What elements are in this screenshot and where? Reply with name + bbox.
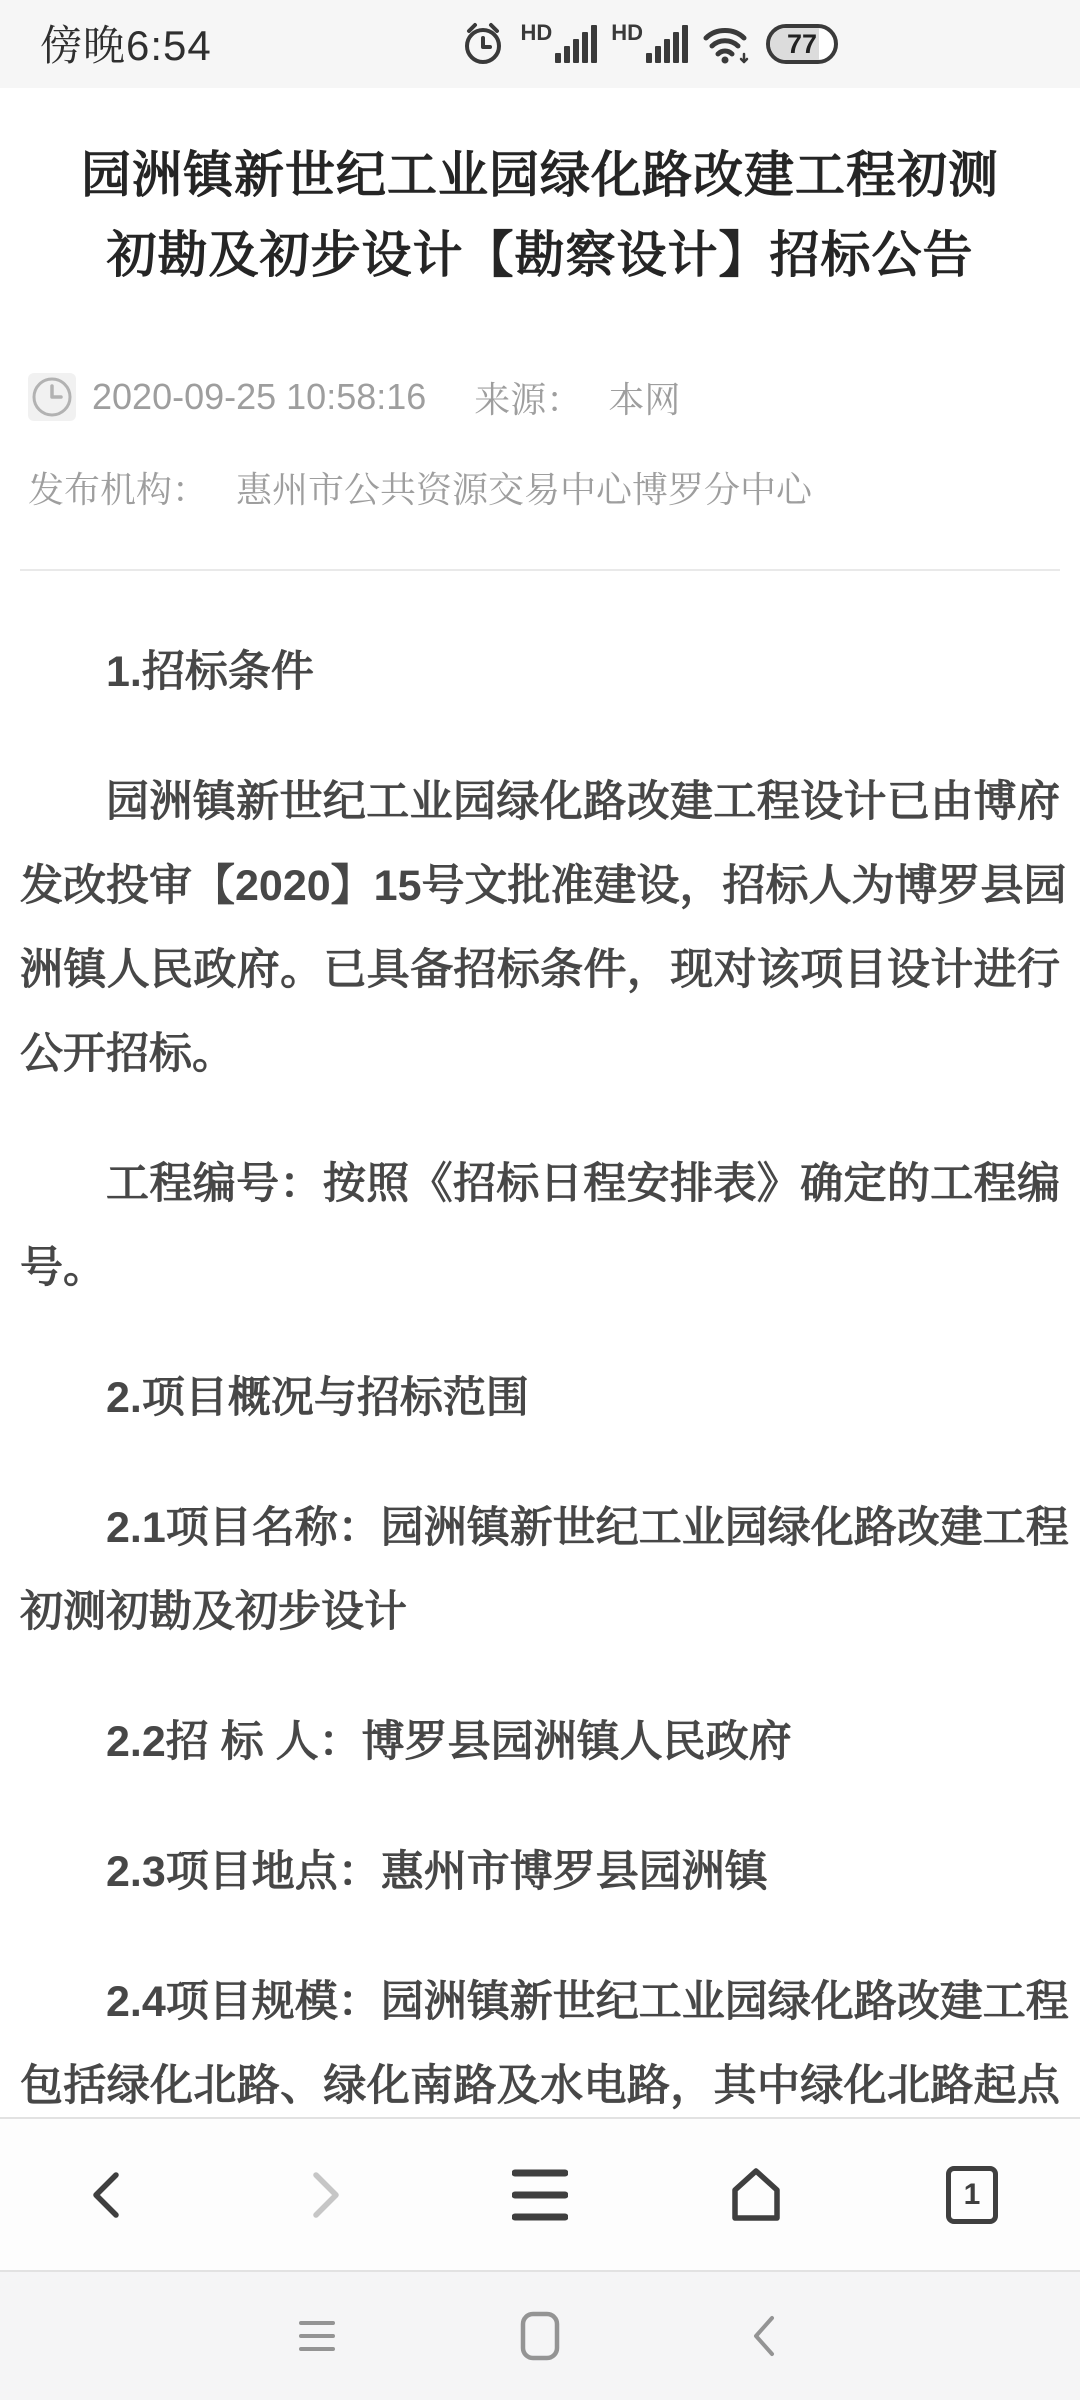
back-button[interactable]: [0, 2119, 216, 2270]
article-body: 1.招标条件园洲镇新世纪工业园绿化路改建工程设计已由博府发改投审【2020】15…: [0, 571, 1080, 2117]
menu-icon: [512, 2167, 568, 2223]
tab-count: 1: [964, 2180, 981, 2210]
publish-datetime: 2020-09-25 10:58:16: [92, 376, 426, 418]
back-icon: [80, 2167, 136, 2223]
article-line: 2.2招 标 人：博罗县园洲镇人民政府: [20, 1700, 1060, 1784]
android-navbar: [0, 2270, 1080, 2400]
page-title: 初勘及初步设计【勘察设计】招标公告: [0, 215, 1080, 295]
wifi-icon: [702, 22, 752, 66]
page-title: 园洲镇新世纪工业园绿化路改建工程初测: [0, 135, 1080, 215]
hd-signal-icon: HD: [520, 25, 597, 63]
alarm-icon: [460, 21, 506, 67]
clock-icon: [28, 373, 76, 421]
menu-button[interactable]: [432, 2119, 648, 2270]
battery-icon: 77: [766, 24, 838, 64]
battery-percent: 77: [787, 31, 817, 58]
article-line: 发改投审【2020】15号文批准建设，招标人为博罗县园: [20, 844, 1060, 928]
forward-button[interactable]: [216, 2119, 432, 2270]
article-line: 2.1项目名称：园洲镇新世纪工业园绿化路改建工程: [20, 1486, 1060, 1570]
article-line: 包括绿化北路、绿化南路及水电路，其中绿化北路起点: [20, 2044, 1060, 2117]
article-line: 2.4项目规模：园洲镇新世纪工业园绿化路改建工程: [20, 1960, 1060, 2044]
browser-toolbar: 1: [0, 2117, 1080, 2270]
tabs-button[interactable]: 1: [864, 2119, 1080, 2270]
source-label: 来源：: [474, 372, 582, 423]
article-line: 公开招标。: [20, 1012, 1060, 1096]
article-line: 号。: [20, 1226, 1060, 1310]
forward-icon: [296, 2167, 352, 2223]
back-icon: [748, 2314, 778, 2358]
status-bar: 傍晚6:54 HD HD: [0, 0, 1080, 88]
publisher-value: 惠州市公共资源交易中心博罗分中心: [236, 462, 812, 513]
nav-recents-button[interactable]: [428, 2272, 651, 2400]
article-line: 工程编号：按照《招标日程安排表》确定的工程编: [20, 1142, 1060, 1226]
page-content[interactable]: 园洲镇新世纪工业园绿化路改建工程初测 初勘及初步设计【勘察设计】招标公告 202…: [0, 88, 1080, 2117]
meta-row-publisher: 发布机构： 惠州市公共资源交易中心博罗分中心: [28, 465, 1080, 509]
publisher-label: 发布机构：: [28, 462, 208, 513]
hd-signal-icon: HD: [611, 25, 688, 63]
article-line: 1.招标条件: [20, 630, 1060, 714]
tabs-icon: 1: [946, 2166, 998, 2224]
article-line: 2.3项目地点：惠州市博罗县园洲镇: [20, 1830, 1060, 1914]
article-line: 园洲镇新世纪工业园绿化路改建工程设计已由博府: [20, 760, 1060, 844]
article-line: 初测初勘及初步设计: [20, 1570, 1060, 1654]
menu-icon: [299, 2318, 335, 2354]
nav-back-button[interactable]: [652, 2272, 875, 2400]
source-value: 本网: [608, 372, 680, 423]
meta-row-published: 2020-09-25 10:58:16 来源： 本网: [28, 373, 1080, 421]
recents-icon: [520, 2311, 560, 2361]
article-line: 2.项目概况与招标范围: [20, 1356, 1060, 1440]
home-button[interactable]: [648, 2119, 864, 2270]
home-icon: [727, 2166, 785, 2224]
nav-menu-button[interactable]: [205, 2272, 428, 2400]
article-line: 洲镇人民政府。已具备招标条件，现对该项目设计进行: [20, 928, 1060, 1012]
status-time: 傍晚6:54: [40, 0, 212, 88]
status-icons: HD HD 77: [460, 0, 838, 88]
